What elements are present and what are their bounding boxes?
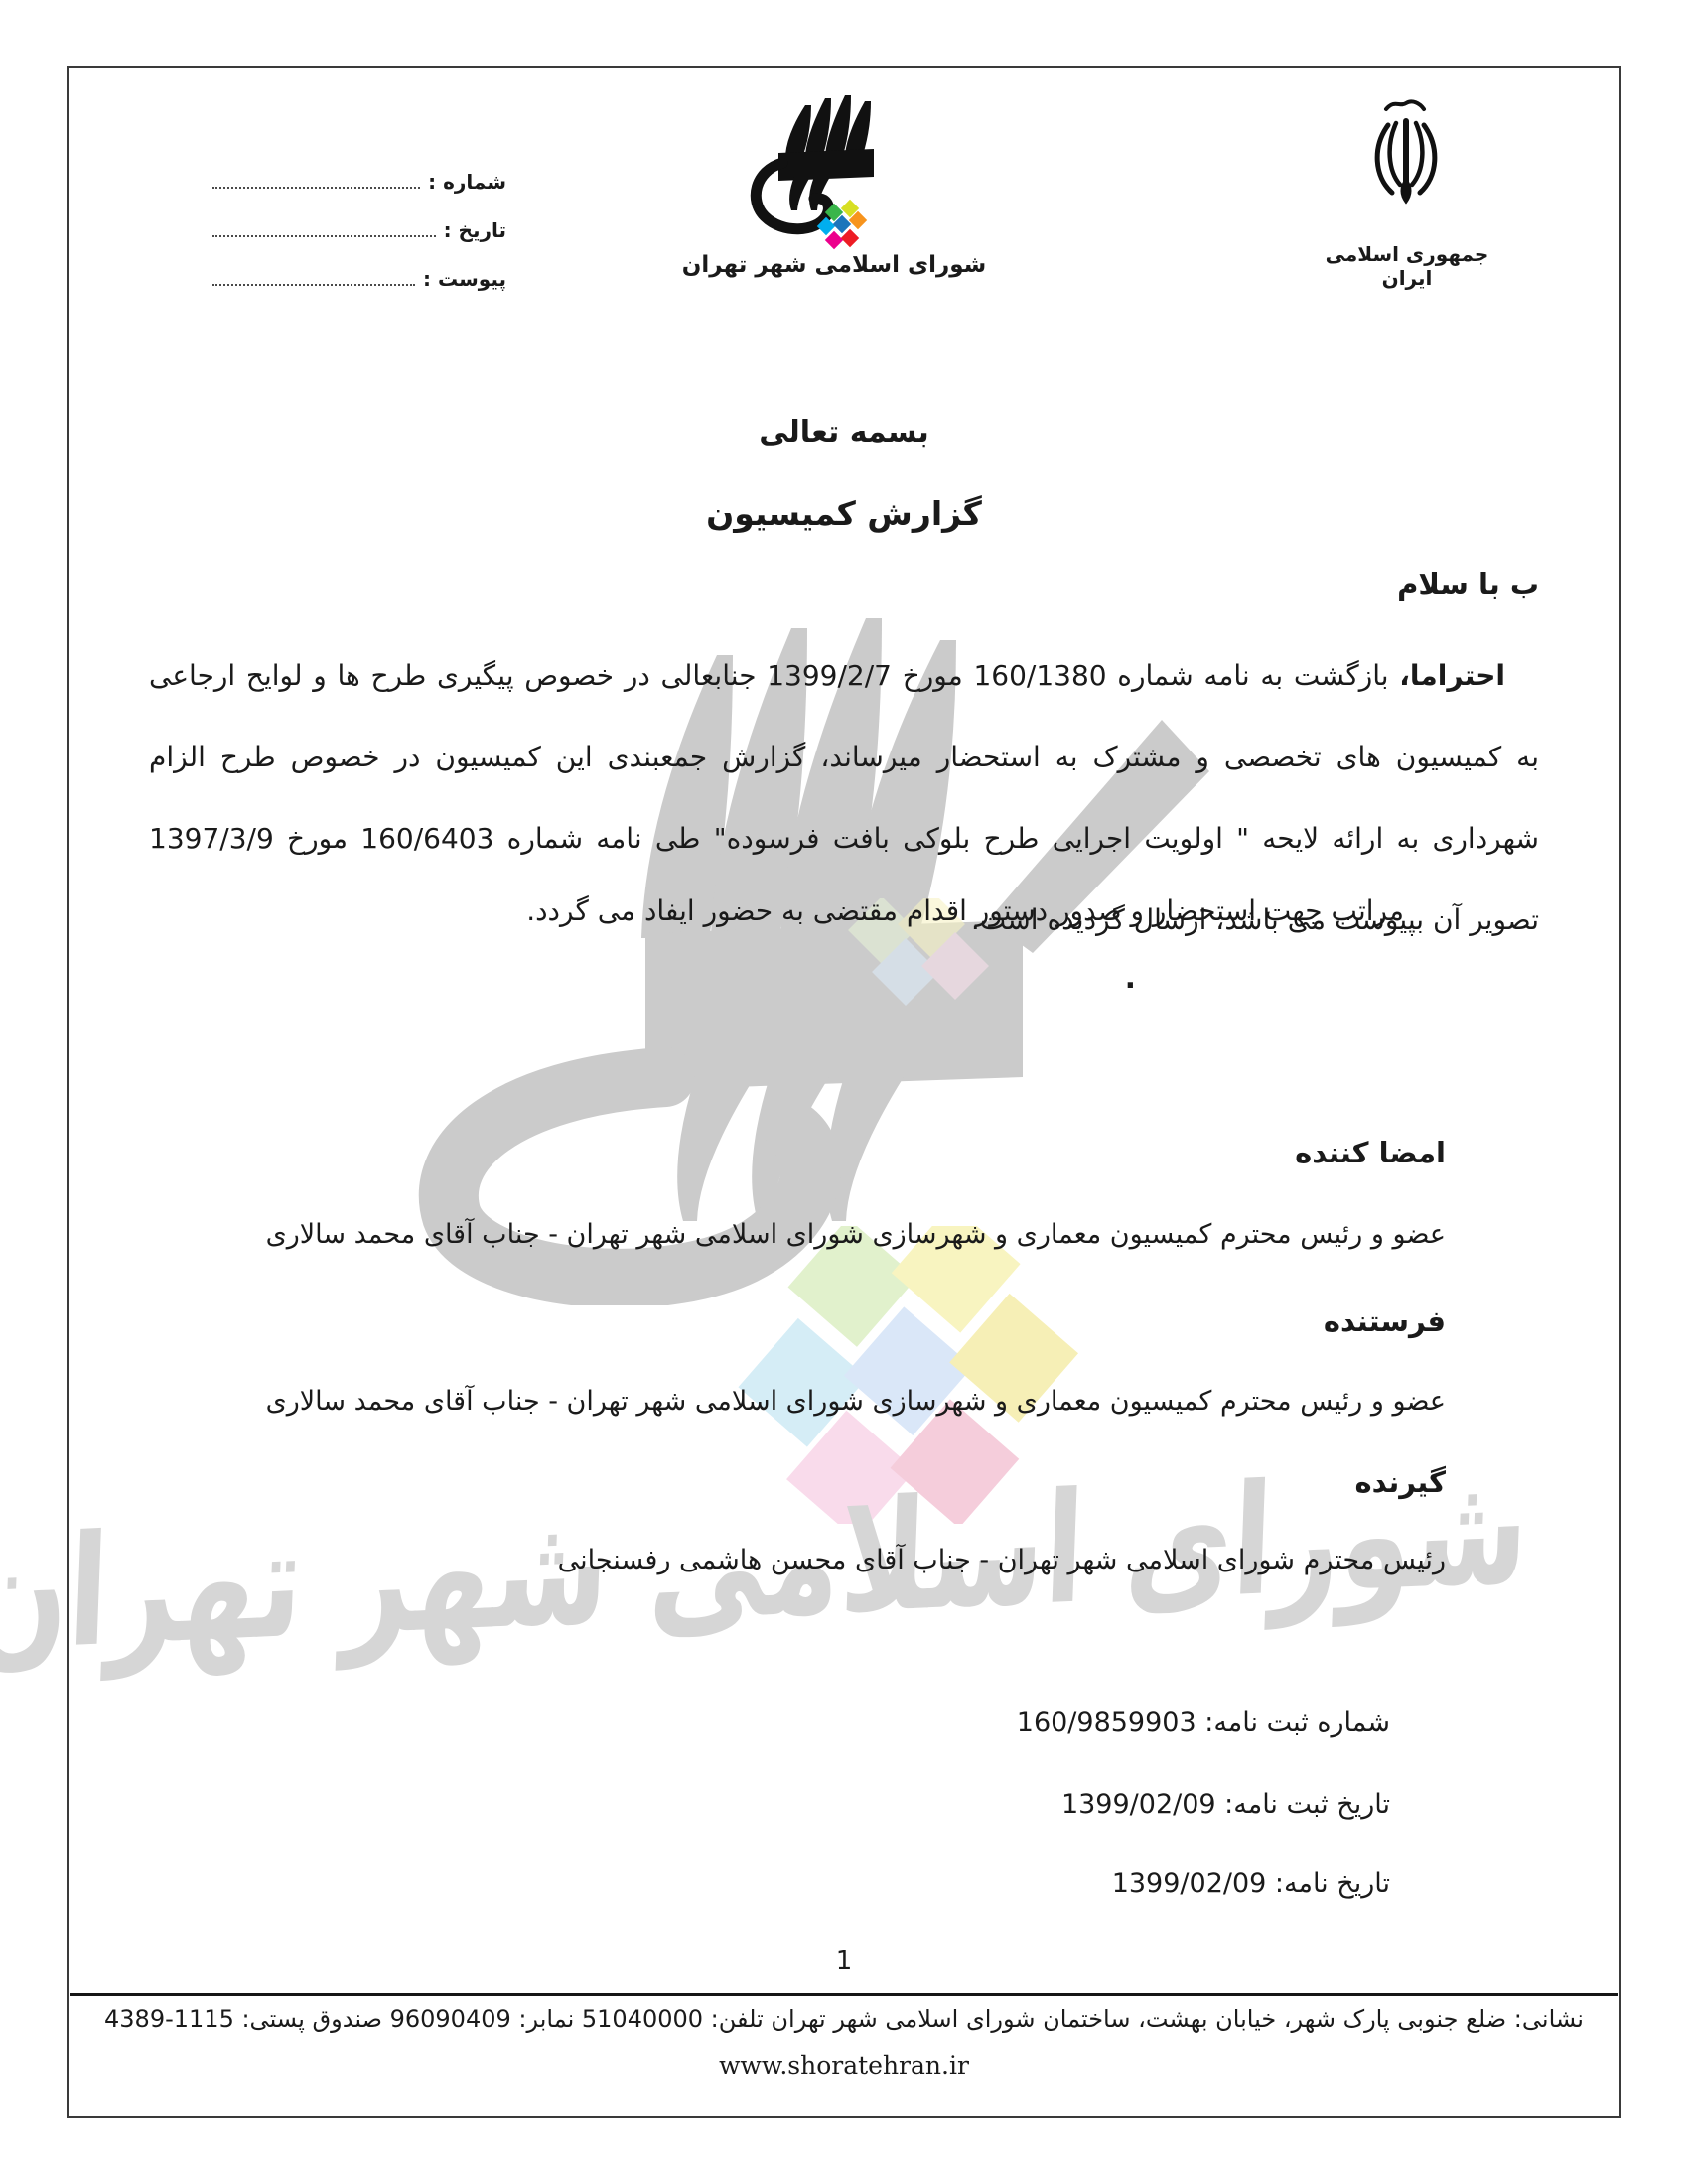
section-sender-heading: فرستنده xyxy=(1324,1304,1446,1338)
dotted-line xyxy=(212,185,420,189)
registration-date: تاریخ ثبت نامه: 1399/02/09 xyxy=(1061,1789,1390,1820)
basmala-title: بسمه تعالی xyxy=(0,415,1688,450)
field-date: تاریخ : xyxy=(211,211,506,245)
field-number: شماره : xyxy=(211,163,506,197)
body-paragraph-lead: احتراما، xyxy=(1399,659,1505,692)
council-logo-caption: شورای اسلامی شهر تهران xyxy=(626,252,1043,278)
letterhead-fields: شماره : تاریخ : پیوست : xyxy=(211,163,506,309)
stray-dot: . xyxy=(1125,961,1136,996)
section-sender-line: عضو و رئیس محترم کمیسیون معماری و شهرساز… xyxy=(266,1386,1446,1417)
field-attachment: پیوست : xyxy=(211,260,506,294)
field-number-label: شماره : xyxy=(428,167,506,197)
field-date-label: تاریخ : xyxy=(444,215,506,245)
footer-address: نشانی: ضلع جنوبی پارک شهر، خیابان بهشت، … xyxy=(89,2005,1599,2033)
section-receiver-line: رئیس محترم شورای اسلامی شهر تهران - جناب… xyxy=(558,1545,1446,1575)
council-logo-icon xyxy=(743,93,921,252)
iran-emblem-icon xyxy=(1350,95,1462,230)
section-receiver-heading: گیرنده xyxy=(1354,1465,1446,1499)
dotted-line xyxy=(212,233,436,237)
footer-website: www.shoratehran.ir xyxy=(0,2051,1688,2080)
section-signer-heading: امضا کننده xyxy=(1295,1136,1446,1169)
iran-emblem-caption: جمهوری اسلامی ایران xyxy=(1301,242,1513,290)
document-title: گزارش کمیسیون xyxy=(0,494,1688,533)
closing-line: مراتب جهت استحضار و صدور دستور اقدام مقت… xyxy=(526,894,1404,927)
letter-date: تاریخ نامه: 1399/02/09 xyxy=(1112,1868,1390,1899)
field-attachment-label: پیوست : xyxy=(423,264,506,294)
page-number: 1 xyxy=(0,1946,1688,1976)
registration-number: شماره ثبت نامه: 160/9859903 xyxy=(1017,1707,1390,1738)
salutation: ب با سلام xyxy=(1397,567,1539,601)
section-signer-line: عضو و رئیس محترم کمیسیون معماری و شهرساز… xyxy=(266,1219,1446,1250)
dotted-line xyxy=(212,282,415,286)
document-page: شورای اسلامی شهر تهران شماره : تاریخ : پ… xyxy=(0,0,1688,2184)
footer-divider xyxy=(70,1993,1618,1996)
